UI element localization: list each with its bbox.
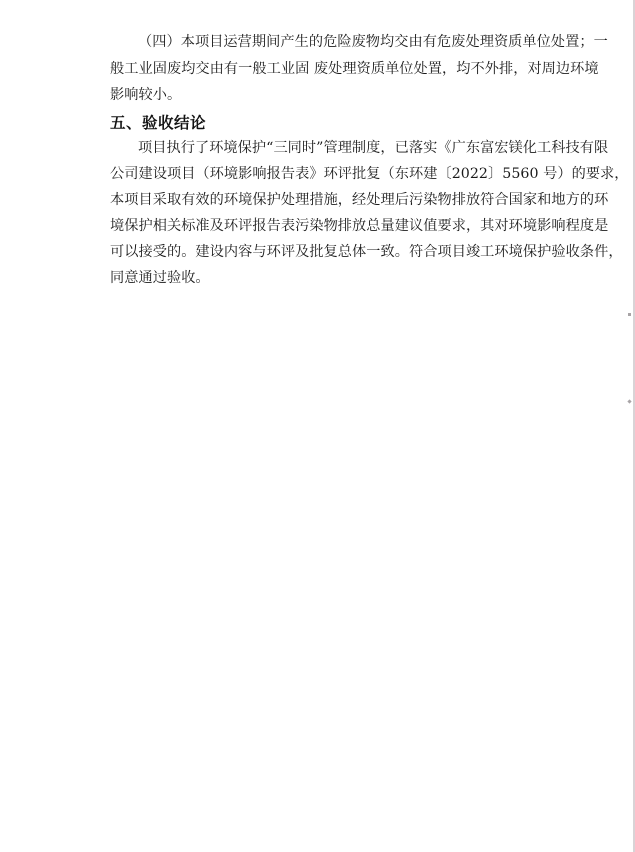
paragraph-line: 境保护相关标准及环评报告表污染物排放总量建议值要求，其对环境影响程度是 <box>110 216 555 236</box>
paragraph-line: 影响较小。 <box>110 85 555 105</box>
paragraph-line: 公司建设项目（环境影响报告表》环评批复（东环建〔2022〕5560 号）的要求， <box>110 164 555 184</box>
paragraph-line: （四）本项目运营期间产生的危险废物均交由有危废处理资质单位处置；一 <box>138 32 555 52</box>
paragraph-line: 项目执行了环境保护“三同时”管理制度，已落实《广东富宏镁化工科技有限 <box>138 138 555 158</box>
section-heading: 五、验收结论 <box>110 112 206 134</box>
document-page: （四）本项目运营期间产生的危险废物均交由有危废处理资质单位处置；一 般工业固废均… <box>0 0 635 852</box>
paragraph-line: 本项目采取有效的环境保护处理措施，经处理后污染物排放符合国家和地方的环 <box>110 190 555 210</box>
paragraph-line: 般工业固废均交由有一般工业固 废处理资质单位处置，均不外排，对周边环境 <box>110 59 555 79</box>
page-edge-marker <box>628 313 631 316</box>
paragraph-line: 同意通过验收。 <box>110 268 555 288</box>
paragraph-line: 可以接受的。建设内容与环评及批复总体一致。符合项目竣工环境保护验收条件， <box>110 242 555 262</box>
page-edge-marker <box>627 399 631 403</box>
